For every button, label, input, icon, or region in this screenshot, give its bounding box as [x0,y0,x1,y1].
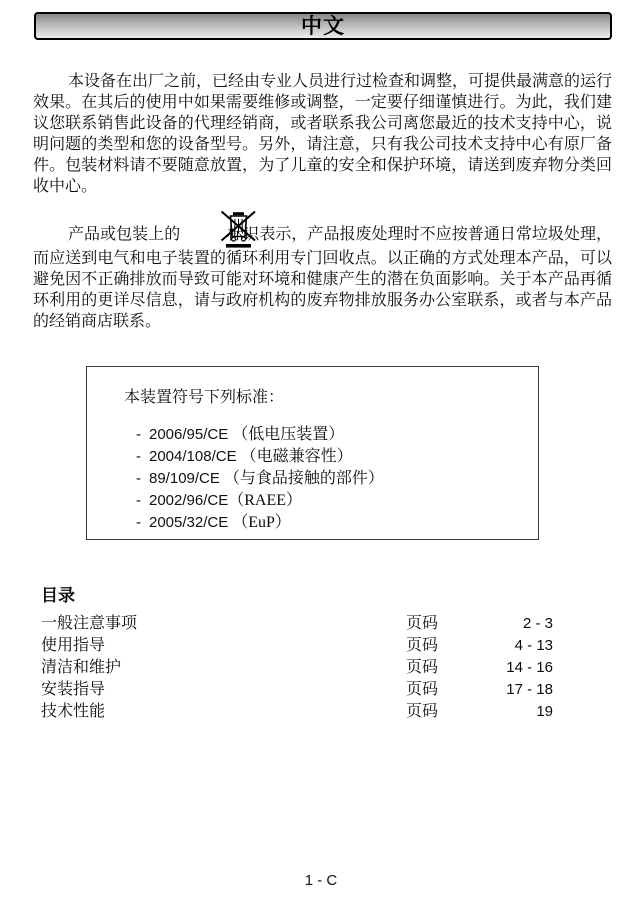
dash-bullet: - [136,468,149,490]
standard-desc: （RAEE） [228,492,302,509]
standard-code: 2004/108/CE [149,448,237,465]
page-number: 1 - C [0,872,642,889]
table-of-contents: 一般注意事项页码2 - 3 使用指导页码4 - 13 清洁和维护页码14 - 1… [41,613,553,723]
dash-bullet: - [136,512,149,534]
dash-bullet: - [136,446,149,468]
toc-row: 一般注意事项页码2 - 3 [41,613,553,635]
standard-code: 2006/95/CE [149,426,228,443]
toc-entry-pages: 14 - 16 [466,657,553,679]
toc-page-label: 页码 [406,679,466,701]
toc-row: 清洁和维护页码14 - 16 [41,657,553,679]
toc-row: 使用指导页码4 - 13 [41,635,553,657]
dash-bullet: - [136,424,149,446]
standards-list: -2006/95/CE （低电压装置） -2004/108/CE （电磁兼容性）… [124,424,520,534]
manual-page: 中文 本设备在出厂之前，已经由专业人员进行过检查和调整，可提供最满意的运行效果。… [0,0,642,903]
toc-entry-title: 技术性能 [41,701,406,723]
toc-entry-pages: 19 [466,701,553,723]
language-title: 中文 [36,14,610,38]
standard-code: 2002/96/CE [149,492,228,509]
standard-code: 2005/32/CE [149,514,228,531]
toc-page-label: 页码 [406,657,466,679]
standard-item: -2002/96/CE（RAEE） [136,490,520,512]
standards-box-title: 本装置符号下列标准： [124,388,520,408]
weee-disposal-paragraph: 产品或包装上的标识表示，产品报废处理时不应按普通日常垃圾处理，而应送到电气和电子… [33,210,612,332]
toc-entry-pages: 2 - 3 [466,613,553,635]
toc-entry-pages: 17 - 18 [466,679,553,701]
weee-paragraph-text-before: 产品或包装上的 [68,226,180,243]
dash-bullet: - [136,490,149,512]
intro-paragraph: 本设备在出厂之前，已经由专业人员进行过检查和调整，可提供最满意的运行效果。在其后… [33,71,612,197]
toc-row: 安装指导页码17 - 18 [41,679,553,701]
standard-desc: （低电压装置） [228,426,344,443]
standard-item: -89/109/CE （与食品接触的部件） [136,468,520,490]
toc-row: 技术性能页码19 [41,701,553,723]
standard-item: -2006/95/CE （低电压装置） [136,424,520,446]
toc-entry-pages: 4 - 13 [466,635,553,657]
standard-desc: （EuP） [228,514,291,531]
standard-item: -2004/108/CE （电磁兼容性） [136,446,520,468]
toc-heading: 目录 [41,581,75,606]
toc-page-label: 页码 [406,613,466,635]
toc-page-label: 页码 [406,701,466,723]
standard-code: 89/109/CE [149,470,220,487]
standard-desc: （与食品接触的部件） [220,470,384,487]
standard-item: -2005/32/CE （EuP） [136,512,520,534]
standard-desc: （电磁兼容性） [237,448,353,465]
toc-entry-title: 清洁和维护 [41,657,406,679]
toc-entry-title: 使用指导 [41,635,406,657]
language-header-bar: 中文 [34,12,612,40]
weee-crossed-bin-icon [185,210,222,248]
toc-entry-title: 安装指导 [41,679,406,701]
toc-entry-title: 一般注意事项 [41,613,406,635]
toc-page-label: 页码 [406,635,466,657]
standards-compliance-box: 本装置符号下列标准： -2006/95/CE （低电压装置） -2004/108… [86,366,539,540]
